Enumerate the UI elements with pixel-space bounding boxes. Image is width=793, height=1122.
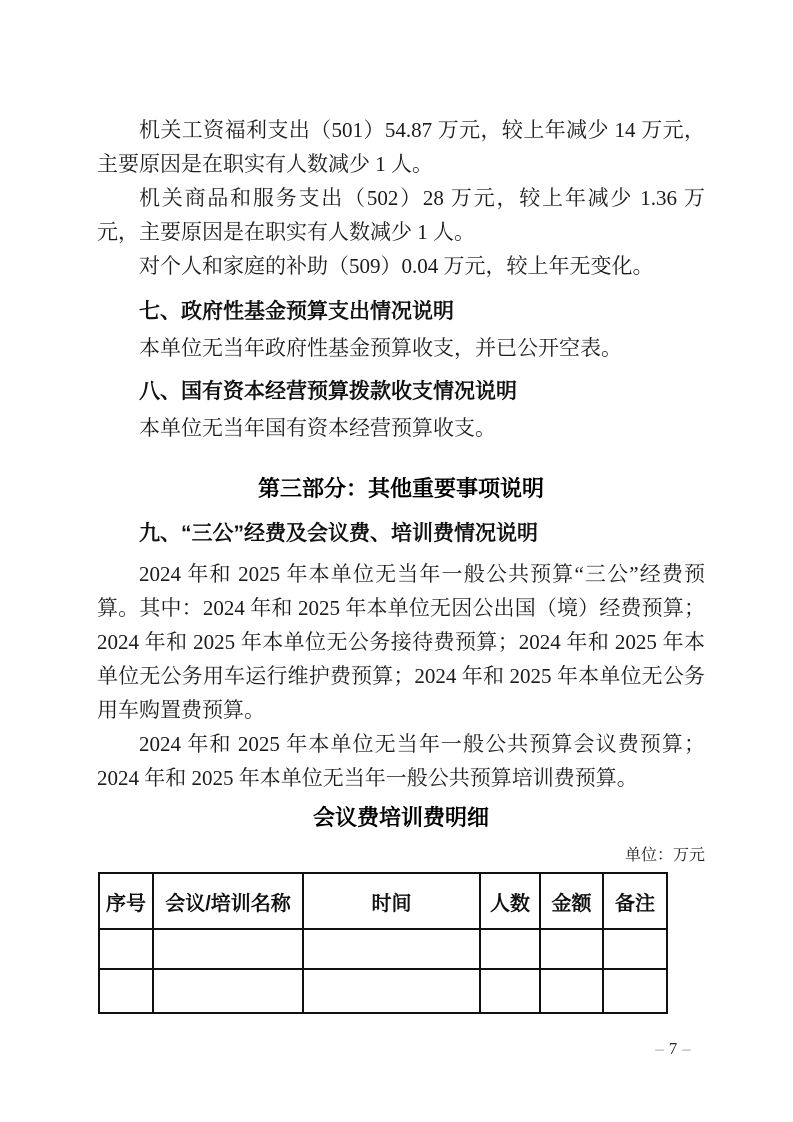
paragraph-wage-welfare-expense: 机关工资福利支出（501）54.87 万元，较上年减少 14 万元，主要原因是在… — [97, 113, 705, 181]
table-cell — [153, 929, 303, 969]
paragraph-individual-family-subsidy: 对个人和家庭的补助（509）0.04 万元，较上年无变化。 — [97, 249, 705, 283]
paragraph-nine-three-public-detail: 2024 年和 2025 年本单位无当年一般公共预算“三公”经费预算。其中：20… — [97, 557, 705, 727]
table-cell — [99, 929, 153, 969]
paragraph-seven-body: 本单位无当年政府性基金预算收支，并已公开空表。 — [97, 331, 705, 365]
heading-eight-state-capital-budget: 八、国有资本经营预算拨款收支情况说明 — [97, 375, 705, 409]
heading-nine-three-public-expenses: 九、“三公”经费及会议费、培训费情况说明 — [97, 517, 705, 551]
table-cell — [480, 969, 540, 1013]
table-cell — [540, 969, 603, 1013]
table-cell — [303, 929, 480, 969]
column-header-amount: 金额 — [540, 873, 603, 929]
column-header-time: 时间 — [303, 873, 480, 929]
column-header-sequence: 序号 — [99, 873, 153, 929]
unit-label: 单位：万元 — [97, 845, 705, 867]
page-number-dash-left: – — [650, 1039, 669, 1058]
page-number-value: 7 — [669, 1039, 678, 1058]
table-row — [99, 929, 667, 969]
column-header-remarks: 备注 — [603, 873, 667, 929]
page-number-dash-right: – — [677, 1039, 696, 1058]
paragraph-nine-meeting-training: 2024 年和 2025 年本单位无当年一般公共预算会议费预算；2024 年和 … — [97, 727, 705, 795]
table-cell — [603, 929, 667, 969]
table-cell — [99, 969, 153, 1013]
column-header-meeting-training-name: 会议/培训名称 — [153, 873, 303, 929]
paragraph-eight-body: 本单位无当年国有资本经营预算收支。 — [97, 411, 705, 445]
table-cell — [303, 969, 480, 1013]
table-cell — [153, 969, 303, 1013]
table-cell — [603, 969, 667, 1013]
paragraph-goods-services-expense: 机关商品和服务支出（502）28 万元，较上年减少 1.36 万元，主要原因是在… — [97, 181, 705, 249]
table-cell — [480, 929, 540, 969]
meeting-training-detail-table: 序号 会议/培训名称 时间 人数 金额 备注 — [98, 872, 668, 1014]
document-page: 机关工资福利支出（501）54.87 万元，较上年减少 14 万元，主要原因是在… — [0, 0, 793, 1122]
part-three-section-title: 第三部分：其他重要事项说明 — [97, 471, 705, 507]
table-cell — [540, 929, 603, 969]
column-header-people-count: 人数 — [480, 873, 540, 929]
table-header-row: 序号 会议/培训名称 时间 人数 金额 备注 — [99, 873, 667, 929]
meeting-training-table-title: 会议费培训费明细 — [97, 801, 705, 835]
page-number: –7– — [628, 1038, 718, 1060]
table-row — [99, 969, 667, 1013]
heading-seven-government-fund-budget: 七、政府性基金预算支出情况说明 — [97, 295, 705, 329]
